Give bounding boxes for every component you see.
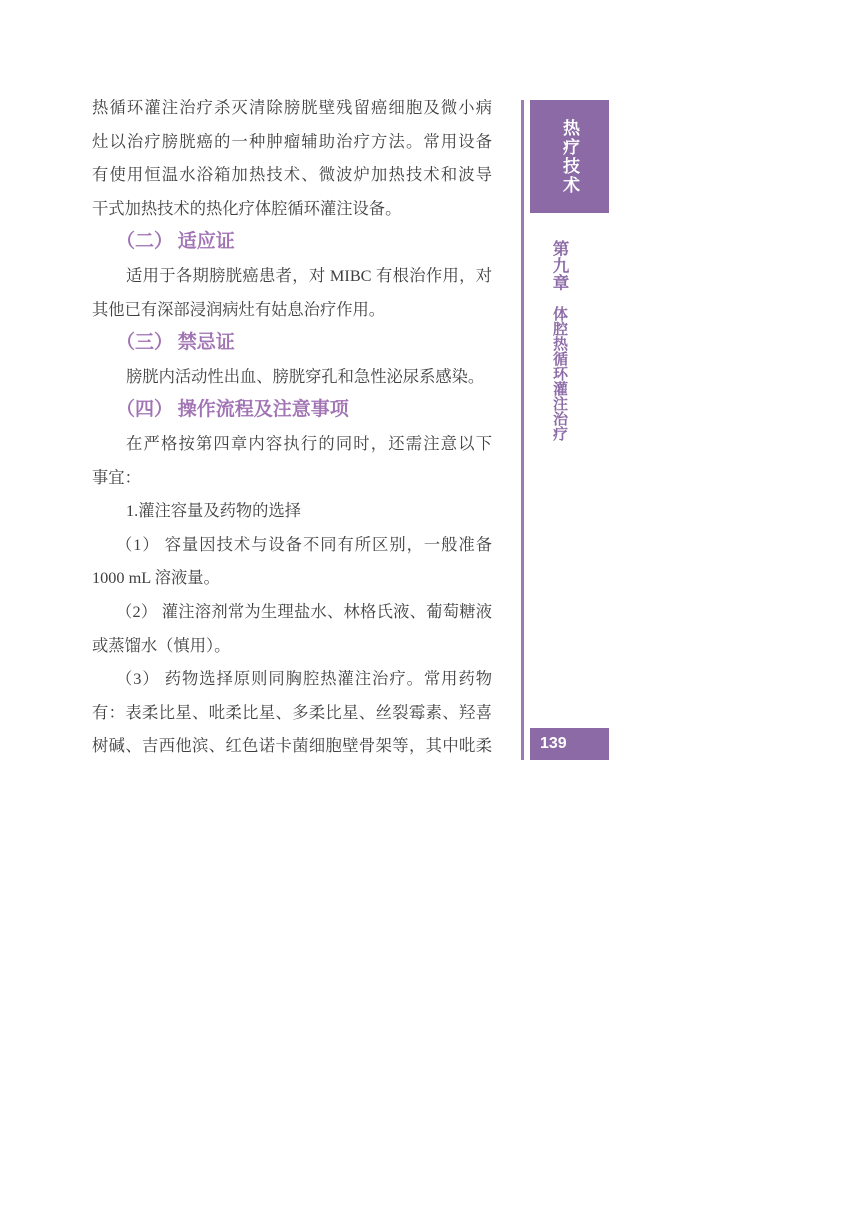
body-text-line: 膀胱内活动性出血、膀胱穿孔和急性泌尿系感染。 xyxy=(92,360,492,394)
body-text-line: （3） 药物选择原则同胸腔热灌注治疗。常用药物 xyxy=(92,662,492,696)
body-text-line: 灶以治疗膀胱癌的一种肿瘤辅助治疗方法。常用设备 xyxy=(92,125,492,159)
section-heading: （三） 禁忌证 xyxy=(92,326,492,360)
body-text-line: 其他已有深部浸润病灶有姑息治疗作用。 xyxy=(92,293,492,327)
chapter-number: 第九章 xyxy=(550,240,569,291)
body-text-line: 有使用恒温水浴箱加热技术、微波炉加热技术和波导 xyxy=(92,158,492,192)
page-number: 139 xyxy=(540,735,567,752)
body-text-line: 干式加热技术的热化疗体腔循环灌注设备。 xyxy=(92,192,492,226)
body-text-line: 或蒸馏水（慎用）。 xyxy=(92,629,492,663)
body-text-line: （2） 灌注溶剂常为生理盐水、林格氏液、葡萄糖液 xyxy=(92,595,492,629)
chapter-heading: 第九章 体腔热循环灌注治疗 xyxy=(547,240,571,441)
page-body-text: 热循环灌注治疗杀灭清除膀胱壁残留癌细胞及微小病灶以治疗膀胱癌的一种肿瘤辅助治疗方… xyxy=(92,91,492,763)
chapter-tab: 热疗技术 xyxy=(530,100,609,213)
section-heading: （二） 适应证 xyxy=(92,225,492,259)
body-text-line: 事宜： xyxy=(92,461,492,495)
chapter-title: 体腔热循环灌注治疗 xyxy=(551,306,567,441)
sidebar-rule xyxy=(521,100,524,760)
body-text-line: 1000 mL 溶液量。 xyxy=(92,561,492,595)
body-text-line: 适用于各期膀胱癌患者，对 MIBC 有根治作用，对 xyxy=(92,259,492,293)
body-text-line: 1.灌注容量及药物的选择 xyxy=(92,494,492,528)
section-heading: （四） 操作流程及注意事项 xyxy=(92,393,492,427)
body-text-line: 热循环灌注治疗杀灭清除膀胱壁残留癌细胞及微小病 xyxy=(92,91,492,125)
body-text-line: 在严格按第四章内容执行的同时，还需注意以下 xyxy=(92,427,492,461)
document-page: 热循环灌注治疗杀灭清除膀胱壁残留癌细胞及微小病灶以治疗膀胱癌的一种肿瘤辅助治疗方… xyxy=(0,0,867,1218)
body-text-line: 树碱、吉西他滨、红色诺卡菌细胞壁骨架等，其中吡柔 xyxy=(92,729,492,763)
chapter-tab-label: 热疗技术 xyxy=(557,119,582,195)
body-text-line: 有：表柔比星、吡柔比星、多柔比星、丝裂霉素、羟喜 xyxy=(92,696,492,730)
page-number-badge: 139 xyxy=(530,728,609,760)
body-text-line: （1） 容量因技术与设备不同有所区别，一般准备 xyxy=(92,528,492,562)
